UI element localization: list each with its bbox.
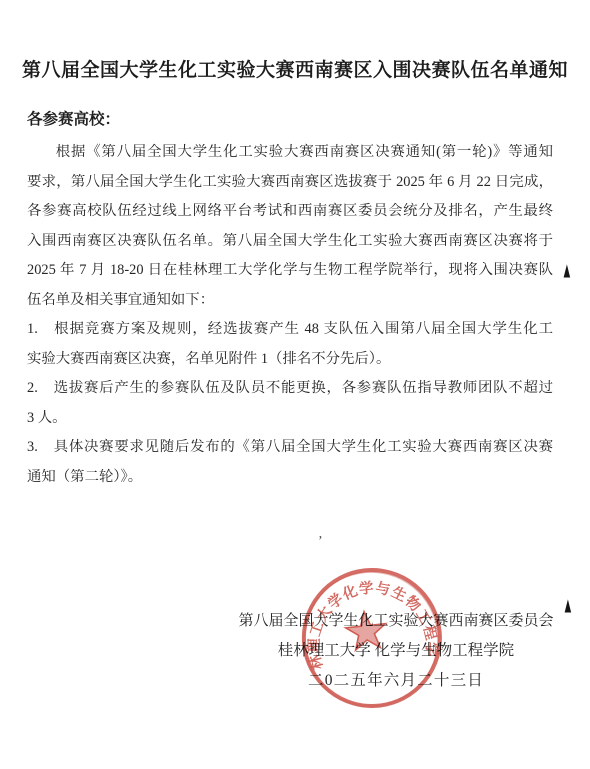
list-item-line-2: 2. 选拔赛后产生的参赛队伍及队员不能更换，各参赛队伍指导教师团队不超过: [27, 374, 553, 404]
list-item-line-3: 3. 具体决赛要求见随后发布的《第八届全国大学生化工实验大赛西南赛区决赛: [27, 433, 553, 463]
scan-artifact-triangle-bottom: ▲: [562, 594, 573, 617]
signature-date: 二0二五年六月二十三日: [218, 666, 574, 696]
paragraph-line: 2025 年 7 月 18-20 日在桂林理工大学化学与生物工程学院举行，现将入…: [27, 256, 553, 286]
paragraph-line: 入围西南赛区决赛队伍名单。第八届全国大学生化工实验大赛西南赛区决赛将于: [27, 227, 553, 257]
list-item-line-3-cont: 通知（第二轮）》。: [27, 463, 553, 493]
paragraph-line: 要求，第八届全国大学生化工实验大赛西南赛区选拔赛于 2025 年 6 月 22 …: [27, 168, 553, 198]
scan-artifact-triangle-top: ▲: [561, 259, 572, 282]
list-item-line-1: 1. 根据竞赛方案及规则，经选拔赛产生 48 支队伍入围第八届全国大学生化工: [27, 315, 553, 345]
signature-block: 第八届全国大学生化工实验大赛西南赛区委员会 桂林理工大学 化学与生物工程学院 二…: [218, 606, 574, 696]
paragraph-line: 根据《第八届全国大学生化工实验大赛西南赛区决赛通知(第一轮)》等通知: [27, 138, 553, 168]
list-item-line-2-cont: 3 人。: [27, 404, 553, 434]
signature-organization: 桂林理工大学 化学与生物工程学院: [218, 636, 574, 666]
list-item-line-1-cont: 实验大赛西南赛区决赛，名单见附件 1（排名不分先后）。: [27, 345, 553, 375]
document-title: 第八届全国大学生化工实验大赛西南赛区入围决赛队伍名单通知: [0, 55, 590, 82]
scan-artifact-speck: ’: [318, 534, 323, 550]
salutation: 各参赛高校：: [27, 107, 120, 129]
body-text: 根据《第八届全国大学生化工实验大赛西南赛区决赛通知(第一轮)》等通知 要求，第八…: [27, 138, 553, 492]
paragraph-line: 各参赛高校队伍经过线上网络平台考试和西南赛区委员会统分及排名，产生最终: [27, 197, 553, 227]
document-page: 第八届全国大学生化工实验大赛西南赛区入围决赛队伍名单通知 各参赛高校： 根据《第…: [0, 0, 590, 769]
paragraph-line: 伍名单及相关事宜通知如下：: [27, 286, 553, 316]
signature-committee: 第八届全国大学生化工实验大赛西南赛区委员会: [218, 606, 574, 636]
